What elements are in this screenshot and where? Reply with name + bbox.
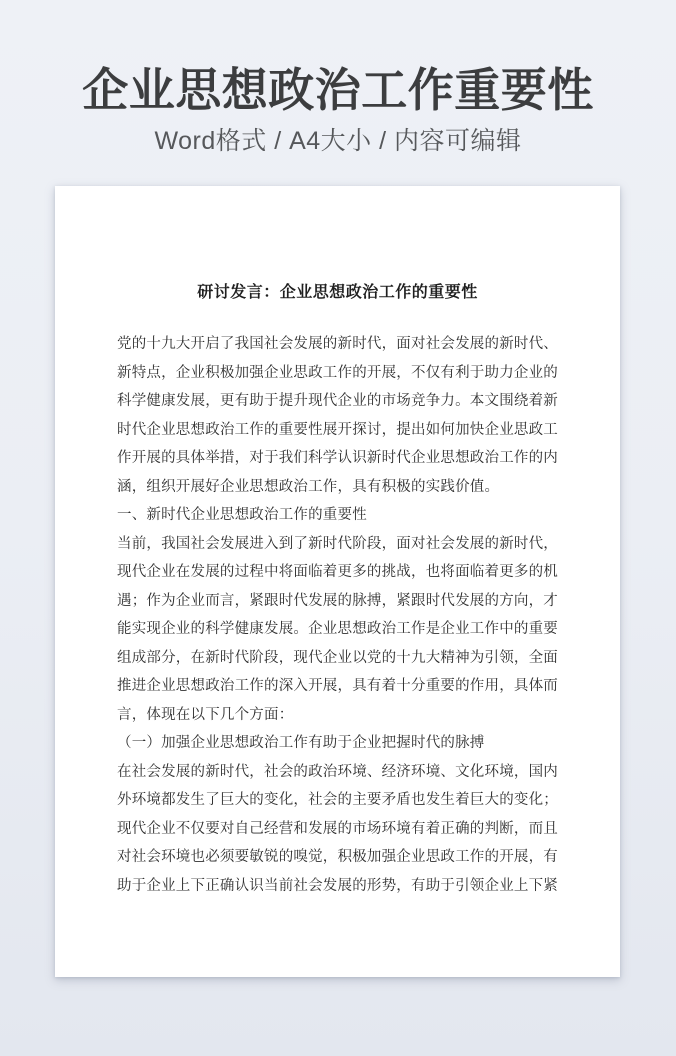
doc-line: 现代企业在发展的过程中将面临着更多的挑战，也将面临着更多的机 <box>117 558 558 587</box>
document-page: 研讨发言：企业思想政治工作的重要性 党的十九大开启了我国社会发展的新时代，面对社… <box>55 186 620 977</box>
document-title: 研讨发言：企业思想政治工作的重要性 <box>55 279 620 302</box>
doc-line: 科学健康发展，更有助于提升现代企业的市场竞争力。本文围绕着新 <box>117 387 558 416</box>
doc-line: 外环境都发生了巨大的变化，社会的主要矛盾也发生着巨大的变化； <box>117 786 558 815</box>
doc-line: 能实现企业的科学健康发展。企业思想政治工作是企业工作中的重要 <box>117 615 558 644</box>
poster-header: 企业思想政治工作重要性 Word格式 / A4大小 / 内容可编辑 <box>0 0 676 155</box>
poster-subtitle: Word格式 / A4大小 / 内容可编辑 <box>0 128 676 156</box>
doc-line: 一、新时代企业思想政治工作的重要性 <box>117 501 558 530</box>
doc-line: 作开展的具体举措，对于我们科学认识新时代企业思想政治工作的内 <box>117 444 558 473</box>
doc-line: 当前，我国社会发展进入到了新时代阶段，面对社会发展的新时代， <box>117 530 558 559</box>
doc-line: 党的十九大开启了我国社会发展的新时代，面对社会发展的新时代、 <box>117 330 558 359</box>
doc-line: 对社会环境也必须要敏锐的嗅觉，积极加强企业思政工作的开展，有 <box>117 843 558 872</box>
page-background: 企业思想政治工作重要性 Word格式 / A4大小 / 内容可编辑 研讨发言：企… <box>0 0 676 1056</box>
doc-line: 言，体现在以下几个方面： <box>117 701 558 730</box>
doc-line: 组成部分，在新时代阶段，现代企业以党的十九大精神为引领，全面 <box>117 644 558 673</box>
document-body: 党的十九大开启了我国社会发展的新时代，面对社会发展的新时代、新特点，企业积极加强… <box>117 330 558 900</box>
doc-line: 助于企业上下正确认识当前社会发展的形势，有助于引领企业上下紧 <box>117 872 558 901</box>
doc-line: 现代企业不仅要对自己经营和发展的市场环境有着正确的判断，而且 <box>117 815 558 844</box>
poster-title: 企业思想政治工作重要性 <box>0 66 676 115</box>
doc-line: 时代企业思想政治工作的重要性展开探讨，提出如何加快企业思政工 <box>117 416 558 445</box>
doc-line: 涵，组织开展好企业思想政治工作，具有积极的实践价值。 <box>117 473 558 502</box>
doc-line: （一）加强企业思想政治工作有助于企业把握时代的脉搏 <box>117 729 558 758</box>
doc-line: 推进企业思想政治工作的深入开展，具有着十分重要的作用，具体而 <box>117 672 558 701</box>
doc-line: 在社会发展的新时代，社会的政治环境、经济环境、文化环境，国内 <box>117 758 558 787</box>
doc-line: 新特点，企业积极加强企业思政工作的开展，不仅有利于助力企业的 <box>117 359 558 388</box>
doc-line: 遇；作为企业而言，紧跟时代发展的脉搏，紧跟时代发展的方向，才 <box>117 587 558 616</box>
